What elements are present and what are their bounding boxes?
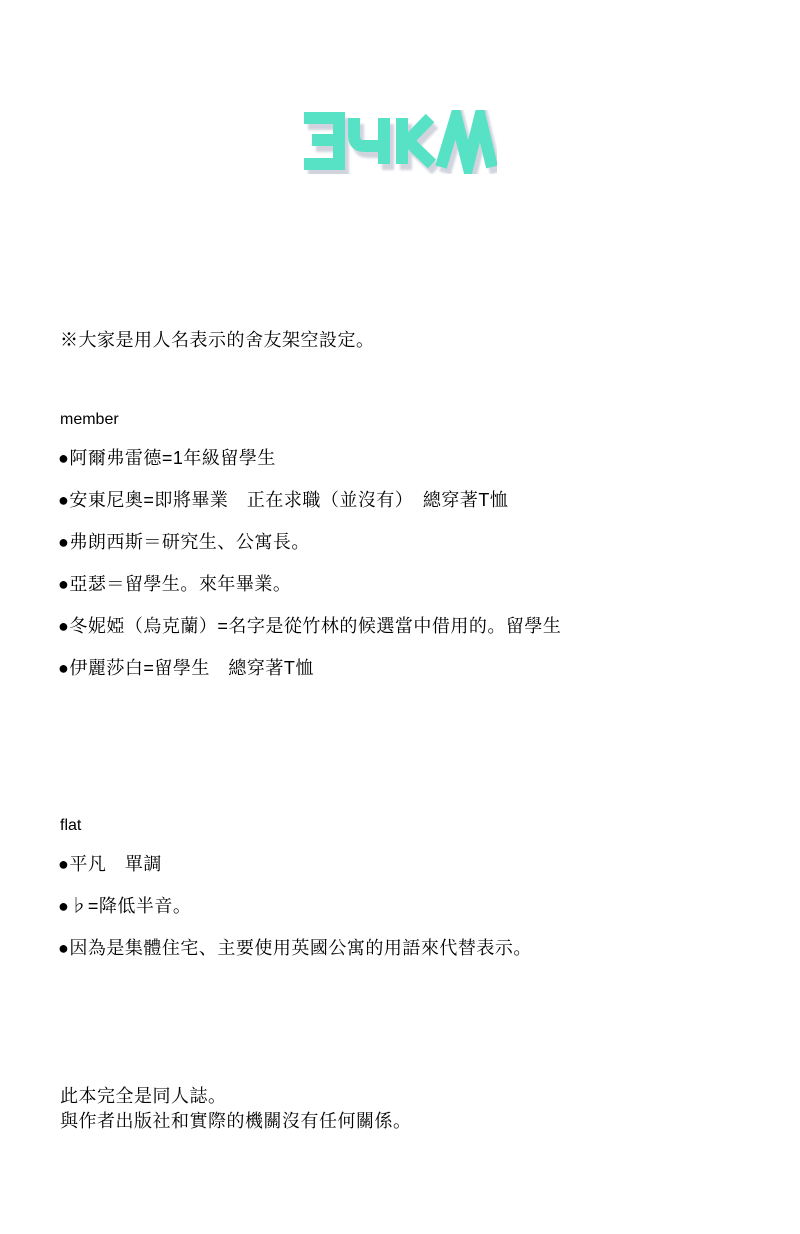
logo-34km bbox=[297, 110, 497, 174]
flat-item: ●平凡 單調 bbox=[58, 843, 532, 885]
member-item: ●安東尼奧=即將畢業 正在求職（並沒有） 總穿著T恤 bbox=[58, 479, 561, 521]
disclaimer: 此本完全是同人誌。 與作者出版社和實際的機關沒有任何關係。 bbox=[60, 1084, 412, 1134]
member-item: ●伊麗莎白=留學生 總穿著T恤 bbox=[58, 647, 561, 689]
doujinshi-info-page: ※大家是用人名表示的舍友架空設定。 member ●阿爾弗雷德=1年級留學生 ●… bbox=[0, 0, 800, 1234]
member-list: ●阿爾弗雷德=1年級留學生 ●安東尼奧=即將畢業 正在求職（並沒有） 總穿著T恤… bbox=[58, 437, 561, 689]
flat-section-heading: flat bbox=[60, 817, 81, 835]
member-item: ●冬妮婭（烏克蘭）=名字是從竹林的候選當中借用的。留學生 bbox=[58, 605, 561, 647]
flat-item: ●♭=降低半音。 bbox=[58, 885, 532, 927]
disclaimer-line: 此本完全是同人誌。 bbox=[60, 1084, 412, 1109]
member-section-heading: member bbox=[60, 411, 119, 429]
disclaimer-line: 與作者出版社和實際的機關沒有任何關係。 bbox=[60, 1109, 412, 1134]
flat-list: ●平凡 單調 ●♭=降低半音。 ●因為是集體住宅、主要使用英國公寓的用語來代替表… bbox=[58, 843, 532, 969]
member-item: ●弗朗西斯＝研究生、公寓長。 bbox=[58, 521, 561, 563]
logo-34km-glyphs bbox=[297, 110, 497, 174]
flat-item: ●因為是集體住宅、主要使用英國公寓的用語來代替表示。 bbox=[58, 927, 532, 969]
setting-note: ※大家是用人名表示的舍友架空設定。 bbox=[60, 326, 375, 352]
member-item: ●亞瑟＝留學生。來年畢業。 bbox=[58, 563, 561, 605]
member-item: ●阿爾弗雷德=1年級留學生 bbox=[58, 437, 561, 479]
